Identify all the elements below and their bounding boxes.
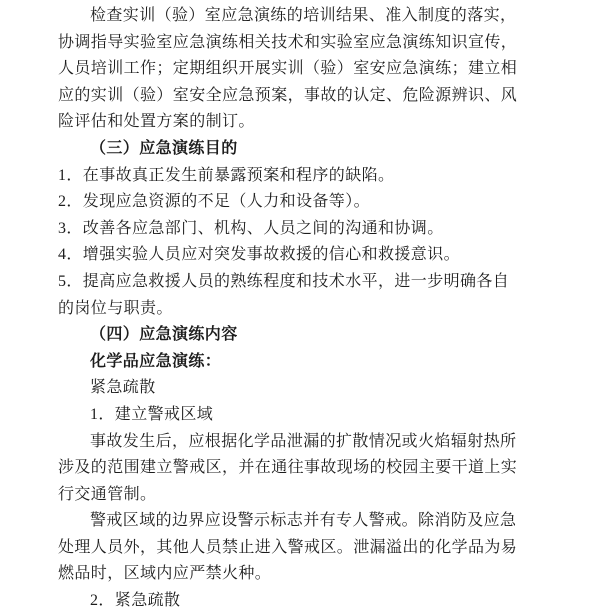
list-item: 5．提高应急救援人员的熟练程度和技术水平，进一步明确各自 [58,269,518,296]
list-item: 2．发现应急资源的不足（人力和设备等）。 [58,189,518,216]
list-item: 3．改善各应急部门、机构、人员之间的沟通和协调。 [58,216,518,243]
paragraph-line: 燃品时，区域内应严禁火种。 [58,561,518,588]
paragraph-line: 紧急疏散 [58,375,518,402]
paragraph-line: 应的实训（验）室安全应急预案，事故的认定、危险源辨识、风 [58,83,518,110]
paragraph-line: 险评估和处置方案的制订。 [58,109,518,136]
paragraph-line: 检查实训（验）室应急演练的培训结果、准入制度的落实， [58,3,518,30]
paragraph-line: 人员培训工作；定期组织开展实训（验）室安应急演练；建立相 [58,56,518,83]
document-page: 检查实训（验）室应急演练的培训结果、准入制度的落实， 协调指导实验室应急演练相关… [0,0,592,615]
paragraph-line: 1．建立警戒区域 [58,402,518,429]
document-body: 检查实训（验）室应急演练的培训结果、准入制度的落实， 协调指导实验室应急演练相关… [0,0,592,615]
paragraph-line: 涉及的范围建立警戒区，并在通往事故现场的校园主要干道上实 [58,455,518,482]
section-heading: （四）应急演练内容 [58,322,518,349]
sub-heading: 化学品应急演练： [58,349,518,376]
paragraph-line: 处理人员外，其他人员禁止进入警戒区。泄漏溢出的化学品为易 [58,535,518,562]
paragraph-line: 行交通管制。 [58,482,518,509]
section-heading: （三）应急演练目的 [58,136,518,163]
paragraph-line: 2．紧急疏散 [58,588,518,615]
list-item: 1．在事故真正发生前暴露预案和程序的缺陷。 [58,163,518,190]
list-item-continuation: 的岗位与职责。 [58,296,518,323]
paragraph-line: 事故发生后，应根据化学品泄漏的扩散情况或火焰辐射热所 [58,429,518,456]
paragraph-line: 警戒区域的边界应设警示标志并有专人警戒。除消防及应急 [58,508,518,535]
paragraph-line: 协调指导实验室应急演练相关技术和实验室应急演练知识宣传， [58,30,518,57]
list-item: 4．增强实验人员应对突发事故救援的信心和救援意识。 [58,242,518,269]
